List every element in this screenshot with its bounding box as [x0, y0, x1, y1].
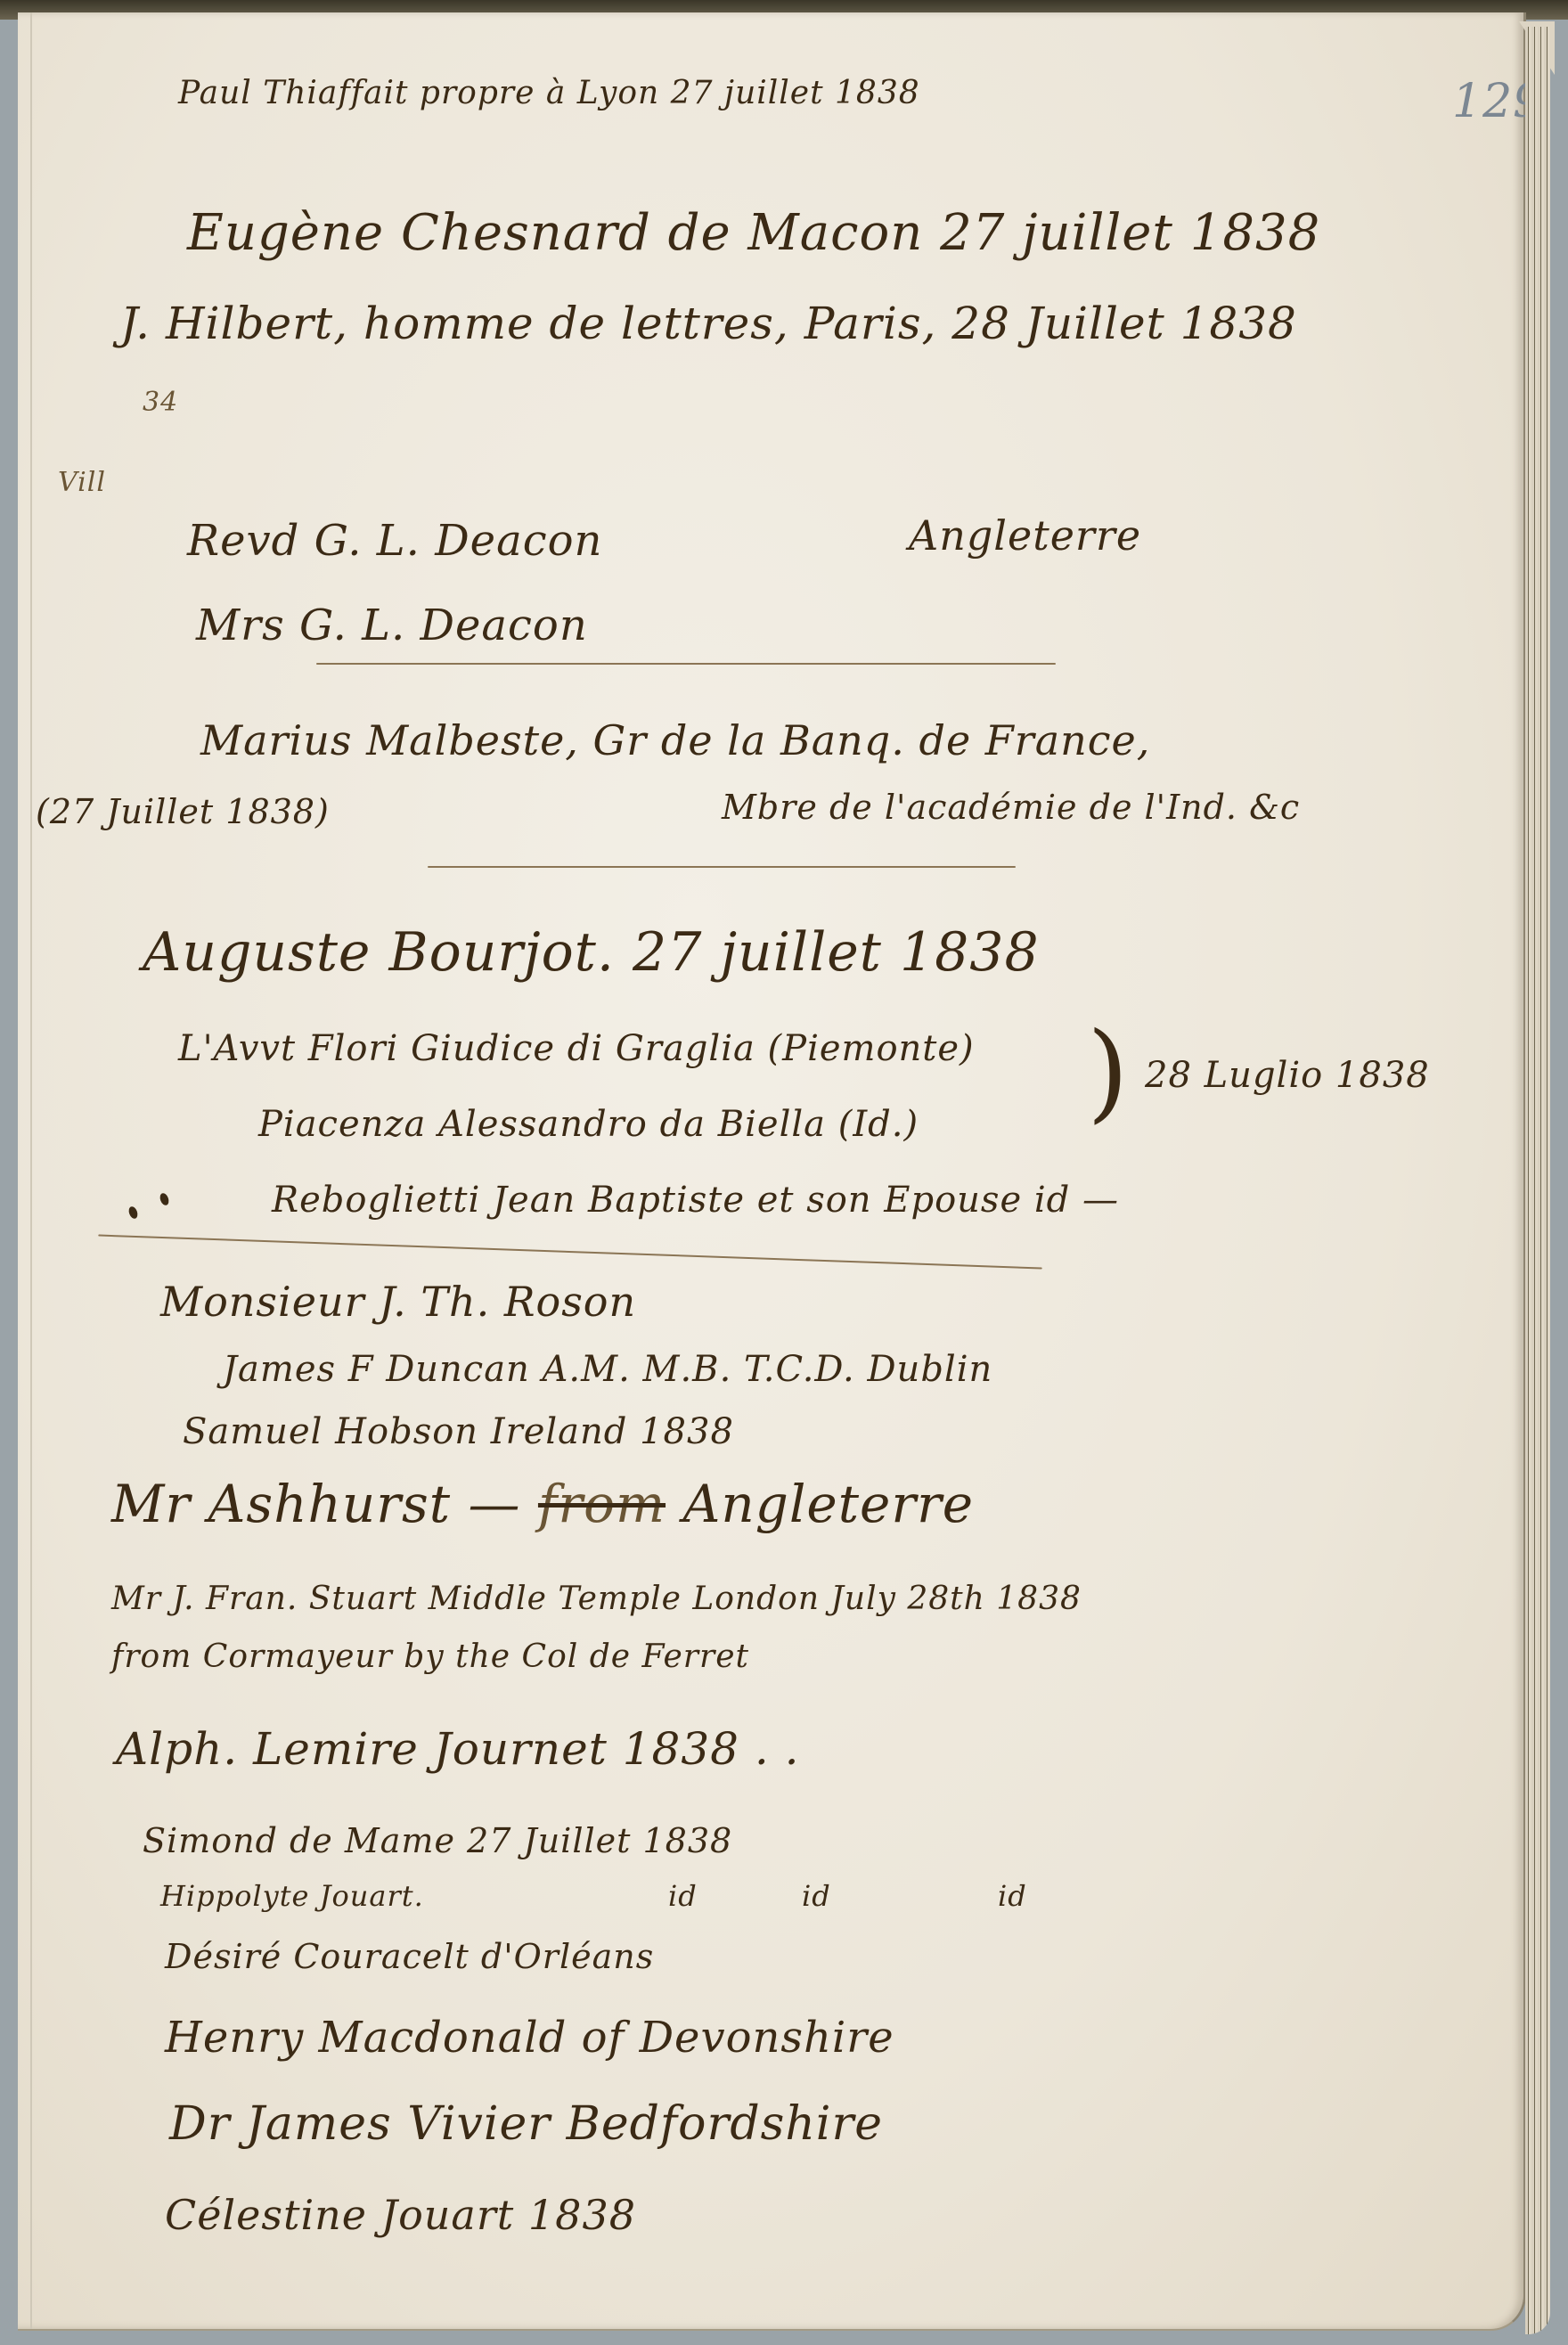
- ditto-mark: id: [802, 1879, 831, 1913]
- entry-reboglietti: Reboglietti Jean Baptiste et son Epouse …: [272, 1180, 1119, 1221]
- ditto-mark: id: [998, 1879, 1027, 1913]
- register-page: 129 Paul Thiaffait propre à Lyon 27 juil…: [18, 12, 1526, 2331]
- entry-ashhurst-name: Mr Ashhurst —: [111, 1474, 521, 1534]
- ink-blot: [159, 1192, 170, 1206]
- entry-flori-date: 28 Luglio 1838: [1145, 1055, 1430, 1096]
- divider-rule: [316, 663, 1056, 665]
- entry-vivier: Dr James Vivier Bedfordshire: [169, 2097, 883, 2151]
- entry-ashhurst: Mr Ashhurst — from Angleterre: [111, 1474, 974, 1534]
- entry-thiaffait: Paul Thiaffait propre à Lyon 27 juillet …: [178, 75, 920, 111]
- entry-hippolyte: Hippolyte Jouart.: [160, 1879, 424, 1913]
- entry-chesnard: Eugène Chesnard de Macon 27 juillet 1838: [187, 204, 1320, 262]
- entry-macdonald: Henry Macdonald of Devonshire: [165, 2013, 894, 2063]
- entry-stuart: Mr J. Fran. Stuart Middle Temple London …: [111, 1581, 1082, 1617]
- entry-hilbert: J. Hilbert, homme de lettres, Paris, 28 …: [120, 298, 1297, 349]
- entry-hobson: Samuel Hobson Ireland 1838: [183, 1411, 734, 1452]
- entry-malbeste-title: Mbre de l'académie de l'Ind. &c: [722, 788, 1300, 827]
- gutter-line: [30, 12, 32, 2329]
- entry-ashhurst-location: Angleterre: [682, 1474, 974, 1534]
- entry-deacon-location: Angleterre: [909, 511, 1141, 560]
- entry-malbeste-date: (27 Juillet 1838): [36, 792, 330, 831]
- entry-malbeste: Marius Malbeste, Gr de la Banq. de Franc…: [200, 716, 1150, 764]
- entry-simond: Simond de Mame 27 Juillet 1838: [143, 1821, 732, 1860]
- entry-celestine: Célestine Jouart 1838: [165, 2191, 636, 2239]
- group-bracket: ): [1087, 1010, 1129, 1134]
- entry-ashhurst-struck: from: [538, 1474, 666, 1534]
- divider-rule: [98, 1235, 1041, 1270]
- entry-courault: Désiré Couracelt d'Orléans: [165, 1937, 654, 1976]
- entry-number-note: 34: [143, 387, 178, 418]
- entry-duncan: James F Duncan A.M. M.B. T.C.D. Dublin: [223, 1349, 992, 1390]
- entry-mrs-deacon: Mrs G. L. Deacon: [196, 601, 588, 650]
- page-fore-edge: [1525, 27, 1550, 2334]
- entry-stuart-route: from Cormayeur by the Col de Ferret: [111, 1638, 749, 1675]
- entry-lemire: Alph. Lemire Journet 1838 . .: [116, 1723, 800, 1775]
- entry-bourjot: Auguste Bourjot. 27 juillet 1838: [143, 921, 1040, 984]
- divider-rule: [428, 866, 1016, 868]
- ink-blot: [127, 1205, 139, 1220]
- entry-flori: L'Avvt Flori Giudice di Graglia (Piemont…: [178, 1028, 975, 1069]
- ditto-mark: id: [668, 1879, 698, 1913]
- entry-piacenza: Piacenza Alessandro da Biella (Id.): [258, 1104, 919, 1145]
- entry-revd-deacon: Revd G. L. Deacon: [187, 516, 602, 566]
- entry-roson: Monsieur J. Th. Roson: [160, 1278, 636, 1326]
- margin-note-vill: Vill: [58, 467, 106, 498]
